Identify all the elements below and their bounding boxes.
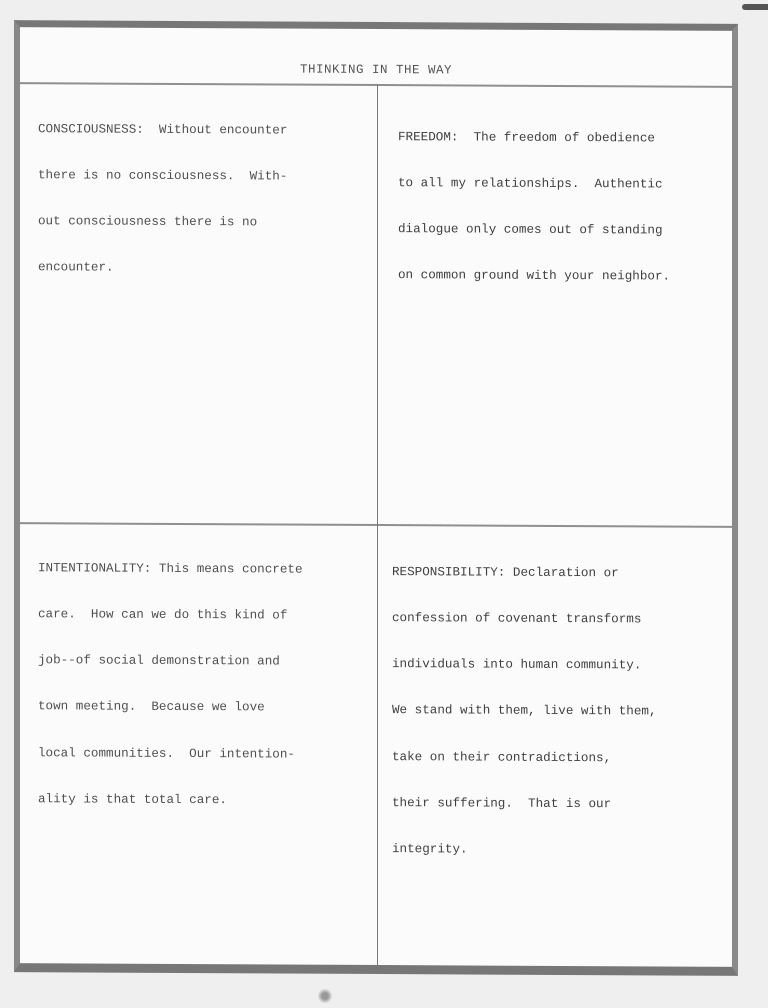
quadrant-responsibility: RESPONSIBILITY: Declaration or confessio… xyxy=(392,534,657,890)
text-line: CONSCIOUSNESS: Without encounter xyxy=(38,122,287,139)
text-line: individuals into human community. xyxy=(392,657,657,674)
text-line: RESPONSIBILITY: Declaration or xyxy=(392,565,657,582)
text-line: their suffering. That is our xyxy=(392,796,657,813)
scan-artifact xyxy=(318,988,332,1004)
text-line: take on their contradictions, xyxy=(392,750,657,767)
quadrant-freedom: FREEDOM: The freedom of obedience to all… xyxy=(398,99,670,316)
quadrant-intentionality: INTENTIONALITY: This means concrete care… xyxy=(38,530,303,840)
title-divider xyxy=(20,82,732,88)
text-line: local communities. Our intention- xyxy=(38,746,303,763)
text-line: encounter. xyxy=(38,261,287,278)
vertical-divider xyxy=(377,85,378,965)
text-line: dialogue only comes out of standing xyxy=(398,222,670,239)
text-line: there is no consciousness. With- xyxy=(38,168,287,185)
quadrant-consciousness: CONSCIOUSNESS: Without encounter there i… xyxy=(38,91,287,308)
page-title: THINKING IN THE WAY xyxy=(20,61,732,79)
text-line: on common ground with your neighbor. xyxy=(398,269,670,286)
text-line: care. How can we do this kind of xyxy=(38,607,303,624)
text-line: to all my relationships. Authentic xyxy=(398,176,670,193)
text-line: integrity. xyxy=(392,842,657,859)
scan-artifact xyxy=(742,4,768,10)
document-frame: THINKING IN THE WAY CONSCIOUSNESS: Witho… xyxy=(14,20,738,976)
text-line: confession of covenant transforms xyxy=(392,611,657,628)
text-line: ality is that total care. xyxy=(38,792,303,809)
text-line: town meeting. Because we love xyxy=(38,700,303,717)
text-line: We stand with them, live with them, xyxy=(392,704,657,721)
text-line: job--of social demonstration and xyxy=(38,653,303,670)
horizontal-divider xyxy=(20,522,732,528)
text-line: INTENTIONALITY: This means concrete xyxy=(38,561,303,578)
text-line: FREEDOM: The freedom of obedience xyxy=(398,130,670,147)
text-line: out consciousness there is no xyxy=(38,214,287,231)
